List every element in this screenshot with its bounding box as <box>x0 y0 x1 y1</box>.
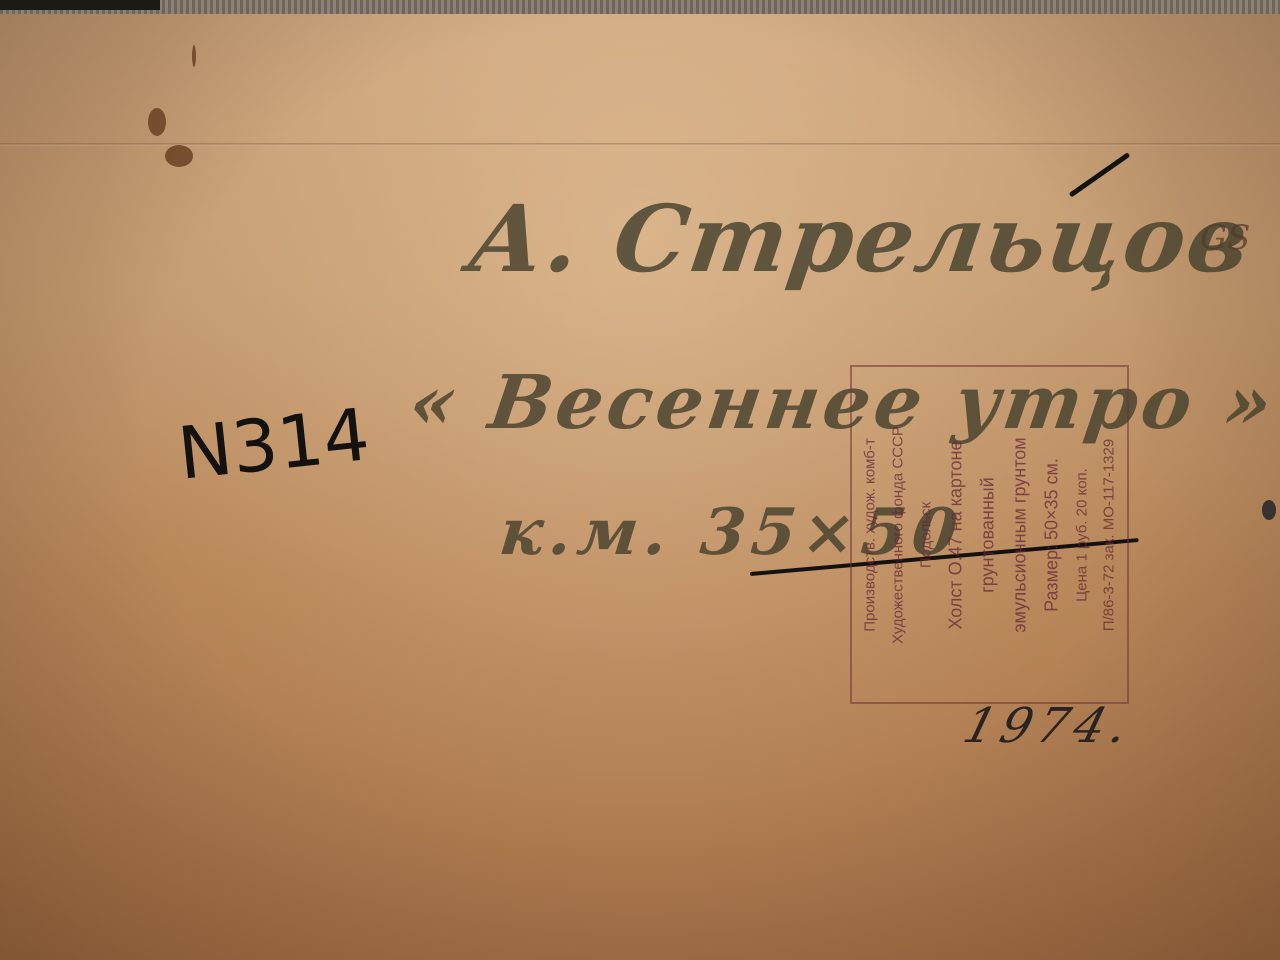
stain <box>192 45 196 67</box>
stamp-line: Размер: 50×35 см. <box>1041 377 1062 692</box>
stain <box>1262 500 1276 520</box>
stain <box>148 108 166 136</box>
stamp-line: Производств. худож. комб-т <box>861 377 878 692</box>
stamp-line: Подольск <box>917 377 934 692</box>
stamp-line: Холст О.47 на картоне <box>945 377 966 692</box>
shadow-corner <box>0 0 160 10</box>
stamp-line: эмульсионным грунтом <box>1009 377 1030 692</box>
stamp-line: Художественного фонда СССР <box>889 377 906 692</box>
artist-signature: А. Стрельцов <box>462 185 1257 293</box>
stamp-line: грунтованный <box>977 377 998 692</box>
stamp-line: П/86-3-72 зак. МО-117-1329 <box>1100 377 1117 692</box>
manufacturer-stamp: Производств. худож. комб-т Художественно… <box>850 365 1129 704</box>
canvas-edge <box>0 0 1280 14</box>
pencil-mark: GS <box>1200 218 1250 258</box>
painting-title: « Весеннее утро » <box>404 360 1280 446</box>
year-inscription: 1974. <box>957 698 1139 754</box>
stamp-line: Цена 1 руб. 20 коп. <box>1073 377 1090 692</box>
stain <box>165 145 193 167</box>
board-fold-line <box>0 143 1280 146</box>
